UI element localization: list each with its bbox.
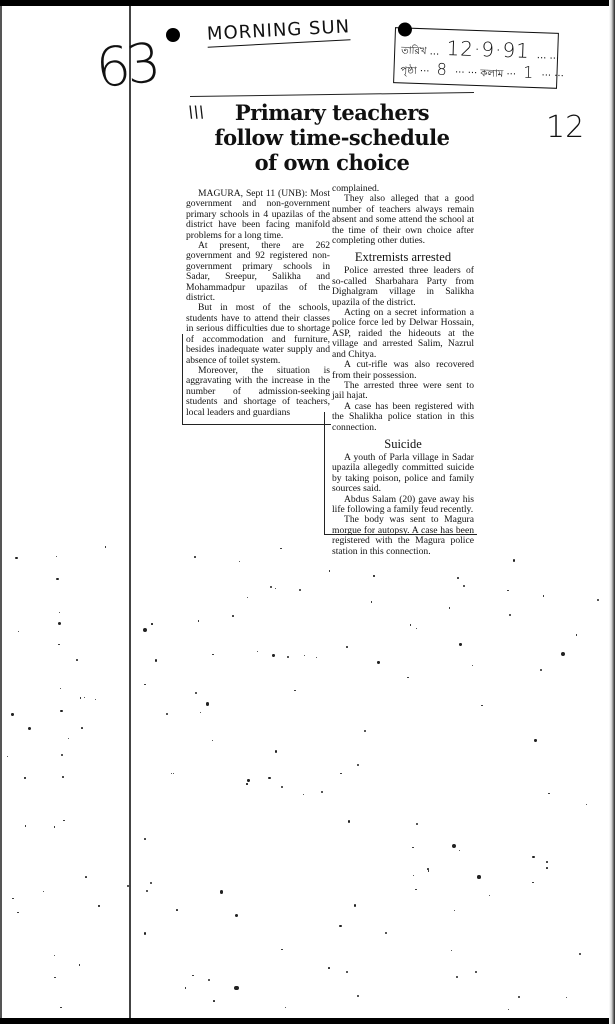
handwritten-side-number: 12 xyxy=(546,110,584,145)
scan-right-edge xyxy=(609,0,615,1024)
section-heading-suicide: Suicide xyxy=(332,436,474,452)
stamp-date-value: 12·9·91 xyxy=(446,36,530,63)
paragraph: A cut-rifle was also recovered from thei… xyxy=(332,360,474,381)
stamp-column-value: 1 xyxy=(523,63,535,82)
stamp-page-value: 8 xyxy=(436,60,448,79)
paragraph: But in most of the schools, students hav… xyxy=(186,303,330,365)
clipping-edge xyxy=(190,92,474,97)
stamp-page-row: পৃষ্ঠা ··· 8 ··· ··· কলাম ··· 1 ··· ··· xyxy=(400,58,564,86)
paragraph: The arrested three were sent to jail haj… xyxy=(332,381,474,402)
paragraph: The body was sent to Magura morgue for a… xyxy=(332,515,474,557)
stamp-column-label: কলাম xyxy=(480,68,503,80)
paragraph: Abdus Salam (20) gave away his life foll… xyxy=(332,495,474,516)
ink-blot-icon xyxy=(166,28,180,42)
paragraph: MAGURA, Sept 11 (UNB): Most government a… xyxy=(186,189,330,241)
handwritten-newspaper-name: MORNING SUN xyxy=(206,16,350,47)
paragraph: At present, there are 262 government and… xyxy=(186,241,330,303)
article-column-2: complained. They also alleged that a goo… xyxy=(332,184,474,557)
scanned-page: 63 MORNING SUN 12 তারিখ ... 12·9·91 ... … xyxy=(0,6,611,1018)
article-headline: Primary teachers follow time-schedule of… xyxy=(182,100,482,175)
date-stamp: তারিখ ... 12·9·91 ... ... পৃষ্ঠা ··· 8 ·… xyxy=(393,27,559,89)
paragraph: A youth of Parla village in Sadar upazil… xyxy=(332,453,474,495)
stamp-date-label: তারিখ xyxy=(401,45,427,57)
article-column-1: MAGURA, Sept 11 (UNB): Most government a… xyxy=(186,189,330,418)
paragraph: A case has been registered with the Shal… xyxy=(332,402,474,433)
margin-rule xyxy=(129,6,131,1018)
paragraph: They also alleged that a good number of … xyxy=(332,194,474,246)
scan-bottom-edge xyxy=(0,1018,615,1024)
paragraph: Moreover, the situation is aggravating w… xyxy=(186,366,330,418)
section-heading-extremists: Extremists arrested xyxy=(332,249,474,265)
paragraph: Police arrested three leaders of so-call… xyxy=(332,266,474,308)
handwritten-page-number: 63 xyxy=(93,31,160,100)
newspaper-clipping: \\\ Primary teachers follow time-schedul… xyxy=(182,94,482,539)
paragraph: Acting on a secret information a police … xyxy=(332,308,474,360)
stamp-page-label: পৃষ্ঠা xyxy=(400,65,417,77)
